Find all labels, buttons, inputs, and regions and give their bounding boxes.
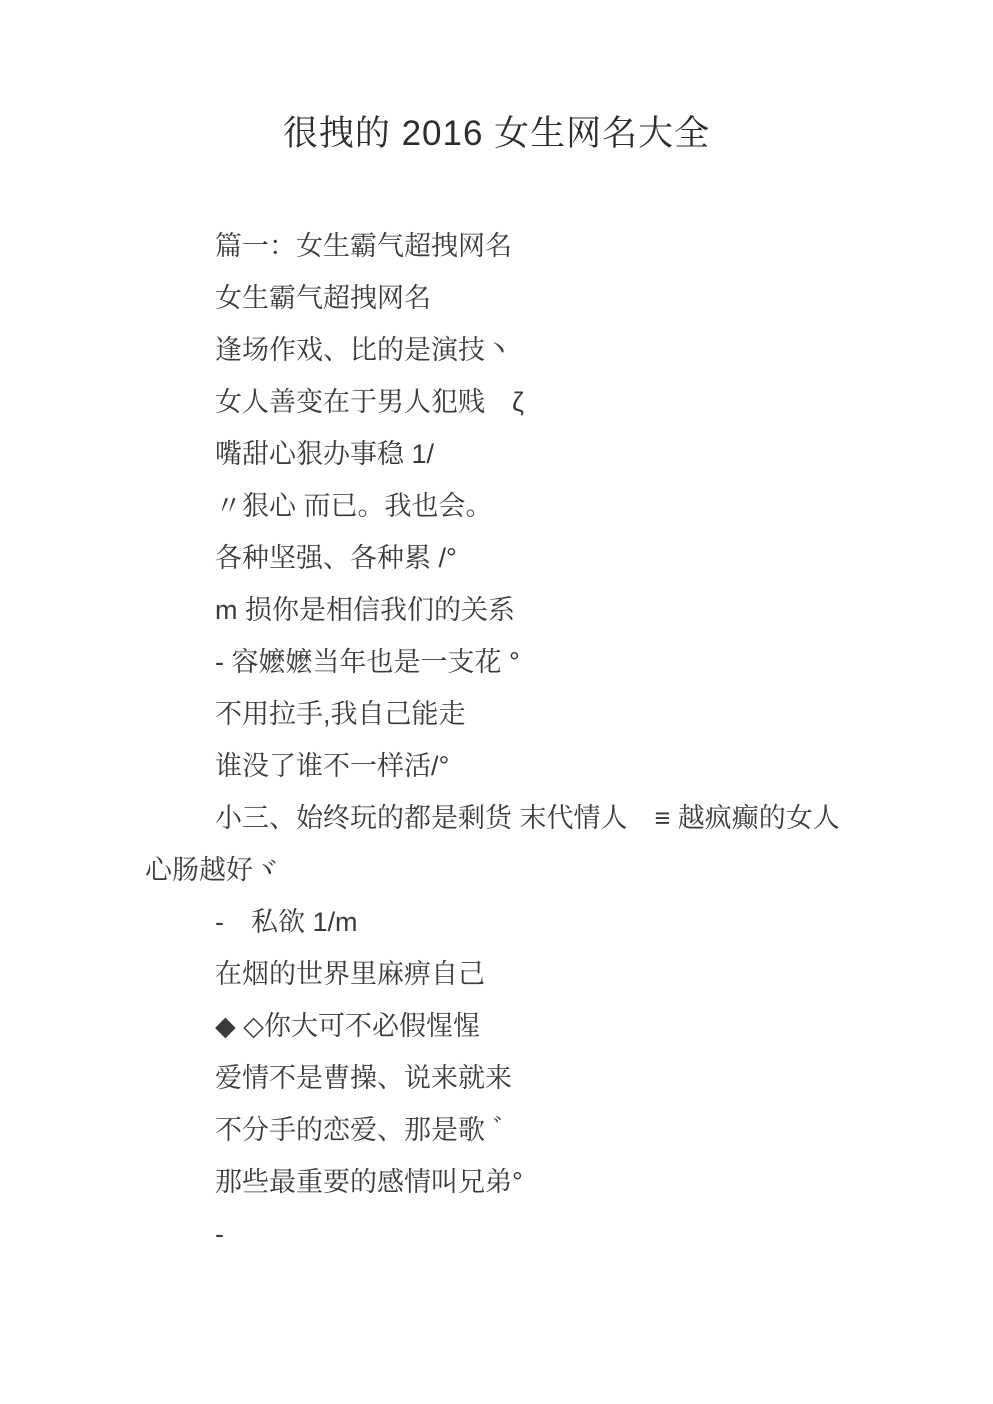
paragraph-line: - 私欲 1/m	[145, 896, 850, 948]
paragraph-line: m 损你是相信我们的关系	[145, 584, 850, 636]
paragraph-line: 爱情不是曹操、说来就来	[145, 1052, 850, 1104]
paragraph-line: 不用拉手,我自己能走	[145, 688, 850, 740]
paragraph-line: 嘴甜心狠办事稳 1/	[145, 428, 850, 480]
paragraph-line: - 容嬷嬷当年也是一支花 °	[145, 636, 850, 688]
document-body: 篇一：女生霸气超拽网名 女生霸气超拽网名 逢场作戏、比的是演技丶 女人善变在于男…	[145, 220, 850, 1260]
paragraph-line: -	[145, 1208, 850, 1260]
paragraph-line: 在烟的世界里麻痹自己	[145, 948, 850, 1000]
document-page: 很拽的 2016 女生网名大全 篇一：女生霸气超拽网名 女生霸气超拽网名 逢场作…	[0, 0, 993, 1404]
paragraph-line: 篇一：女生霸气超拽网名	[145, 220, 850, 272]
paragraph-line: 逢场作戏、比的是演技丶	[145, 324, 850, 376]
paragraph-line: 各种坚强、各种累 /°	[145, 532, 850, 584]
paragraph-line: 那些最重要的感情叫兄弟°	[145, 1156, 850, 1208]
paragraph-line: 〃狠心 而已。我也会。	[145, 480, 850, 532]
paragraph-line: 女人善变在于男人犯贱 ζ	[145, 376, 850, 428]
paragraph-line: 小三、始终玩的都是剩货 末代情人 ≡ 越疯癫的女人心肠越好ヾ	[145, 792, 850, 896]
document-title: 很拽的 2016 女生网名大全	[0, 0, 993, 158]
paragraph-line: 女生霸气超拽网名	[145, 272, 850, 324]
paragraph-line: 谁没了谁不一样活/°	[145, 740, 850, 792]
paragraph-line: 不分手的恋爱、那是歌 ゛	[145, 1104, 850, 1156]
paragraph-line: ◆ ◇你大可不必假惺惺	[145, 1000, 850, 1052]
